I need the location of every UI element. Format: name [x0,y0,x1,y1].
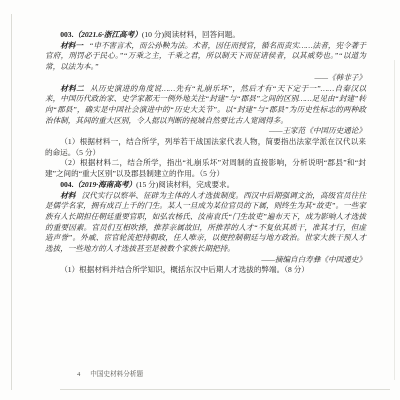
question-003-number: 003. [60,30,73,39]
footer-section-title: 中国史材料分析题 [90,371,143,378]
question-003-source-tag: （2021.6·浙江高考） [73,30,141,39]
question-003-material-1: 材料一“申不害言术，而公孙鞅为法。术者，因任而授官，循名而责实……法者，宪令著于… [45,41,366,73]
question-004-source-tag: （2019·海南高考） [73,180,136,189]
question-003-intro: (10 分)阅读材料，回答问题。 [142,30,240,39]
material-1-text: “申不害言术，而公孙鞅为法。术者，因任而授官，循名而责实……法者，宪令著于官府，… [45,41,366,71]
page-edge-left [11,14,12,390]
material-1-attribution: ——《韩非子》 [45,73,366,84]
footer-page-number: 4 [77,371,80,378]
question-004-sub-question-1: （1）根据材料并结合所学知识，概括东汉中后期人才选拔的弊端。（8 分） [45,265,366,276]
material-attribution: ——摘编自白寿彝《中国通史》 [45,255,366,266]
material-2-label: 材料二 [60,84,84,93]
scanned-exam-page: 003.（2021.6·浙江高考）(10 分)阅读材料，回答问题。 材料一“申不… [0,0,400,400]
question-003-material-2: 材料二从历史演进的角度说……先有“礼崩乐坏”，然后才有“天下定于一”……自秦汉以… [45,84,366,127]
material-1-label: 材料一 [60,41,83,50]
question-003-sub-question-1: （1）根据材料一，结合所学，列举若干战国法家代表人物，简要指出法家学派在汉代以来… [45,137,366,158]
page-edge-right [394,60,395,380]
material-2-attribution: ——王家范《中国历史通论》 [45,126,366,137]
question-004-number: 004. [60,180,73,189]
question-003-sub-question-2: （2）根据材料二，结合所学，指出“礼崩乐坏”对周制的直接影响，分析说明“郡县”和… [45,158,366,179]
question-004-header: 004.（2019·海南高考）(15 分)阅读材料，完成要求。 [45,180,366,191]
material-text: 汉代实行以察举、征辟为主体的人才选拔制度。西汉中后期强调文治，高级官员往往是儒学… [45,191,366,254]
question-004-intro: (15 分)阅读材料，完成要求。 [136,180,234,189]
page-footer: 4中国史材料分析题 [77,371,143,379]
page-content: 003.（2021.6·浙江高考）(10 分)阅读材料，回答问题。 材料一“申不… [45,30,366,276]
material-label: 材料 [60,191,75,200]
material-2-text: 从历史演进的角度说……先有“礼崩乐坏”，然后才有“天下定于一”……自秦汉以来，中… [45,84,366,125]
page-edge-bottom [60,389,390,390]
question-004-material: 材料汉代实行以察举、征辟为主体的人才选拔制度。西汉中后期强调文治，高级官员往往是… [45,191,366,255]
question-003-header: 003.（2021.6·浙江高考）(10 分)阅读材料，回答问题。 [45,30,366,41]
